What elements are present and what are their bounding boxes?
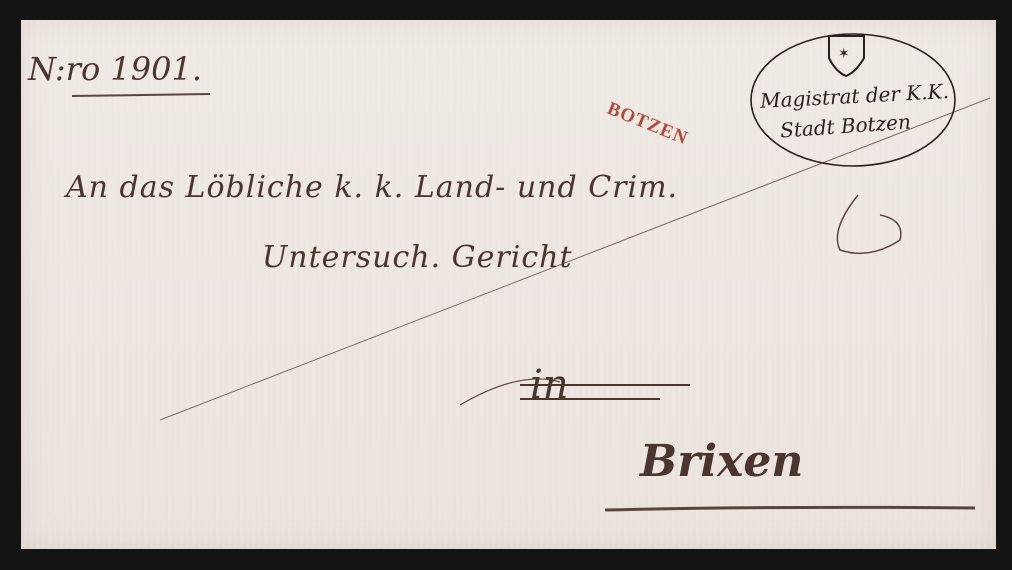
struck-text: in xyxy=(530,362,569,408)
docket-number: N:ro 1901. xyxy=(28,50,202,88)
address-line-2: Untersuch. Gericht xyxy=(262,240,573,275)
address-line-1: An das Löbliche k. k. Land- und Crim. xyxy=(66,170,678,205)
destination-city: Brixen xyxy=(640,436,803,487)
svg-text:✶: ✶ xyxy=(838,46,850,62)
